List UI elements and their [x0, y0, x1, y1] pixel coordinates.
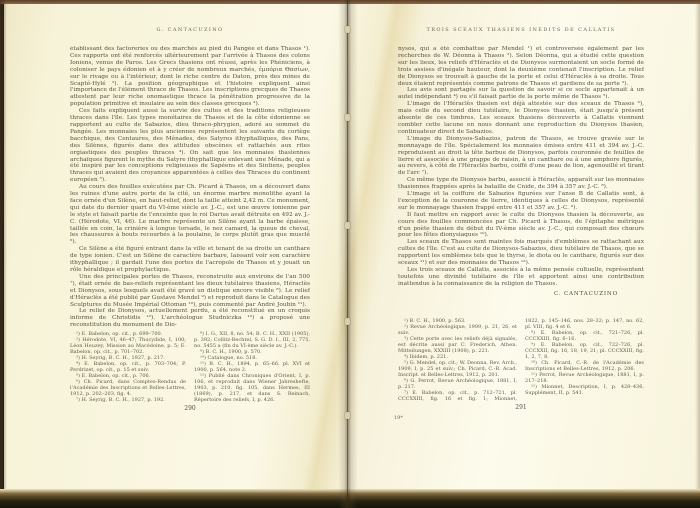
footnote: ⁷) H. Seyrig, B. C. H., 1927, p. 192.	[70, 397, 186, 403]
body-paragraph: Ce Silène a été figuré entrant dans la v…	[70, 246, 310, 274]
footnote: ⁶) Ch. Picard, dans Comptes-Rendus de l'…	[70, 379, 186, 397]
footnote: ¹²) Mionnet, Description, I, p. 428–436,…	[525, 384, 644, 396]
footnote: ⁸) I. G., XII, 8, no. 54; B. C. H., XXII…	[194, 331, 310, 349]
author-signature: C. CANTACUZINO	[398, 291, 644, 298]
running-head-title: TROIS SCEAUX THASIENS INÉDITS DE CALLATI…	[398, 27, 644, 33]
table-surface	[0, 493, 700, 508]
footnote: ⁷) E. Babelon, op. cit., p. 712–721, pl.…	[398, 390, 517, 402]
book-cover-left-edge	[0, 0, 7, 508]
footnote: ¹¹) Perrot, Revue Archéologique, 1881, I…	[525, 372, 644, 384]
footnote: ²) Revue Archéologique, 1909, p. 21, 26,…	[398, 324, 517, 336]
footnote: ⁹) E. Babelon, op. cit., 722–726, pl. CC…	[525, 342, 644, 360]
gathering-signature-mark: 19*	[394, 415, 403, 421]
footnote: ³) Cette porte avec les reliefs déjà sig…	[398, 336, 517, 354]
left-page-footnotes: ¹) E. Babelon, op. cit., p. 699–700. ²) …	[70, 331, 310, 403]
footnote-column: ¹) E. Babelon, op. cit., p. 699–700. ²) …	[70, 331, 186, 403]
body-paragraph: L'image et la coiffure de Sabazios figur…	[398, 191, 644, 212]
left-page-body: établissant des factoreries ou des march…	[70, 46, 310, 329]
body-paragraph: Les avis sont partagés sur la question d…	[398, 87, 644, 101]
body-paragraph: établissant des factoreries ou des march…	[70, 46, 310, 108]
footnote: 1822, p. 145–146, nos. 28–32; p. 147, no…	[525, 318, 644, 330]
body-paragraph: nysos, qui a été combattue par Mendel ¹)…	[398, 46, 644, 87]
body-paragraph: Le relief de Dionysos, actuellement perd…	[70, 308, 310, 329]
right-page-footnotes: ¹) B. C. H., 1900, p. 563. ²) Revue Arch…	[398, 318, 644, 402]
footnote-column: ⁸) I. G., XII, 8, no. 54; B. C. H., XXII…	[194, 331, 310, 403]
footnote: ¹¹) B. C. H., 1894, p. 65–66, pl. XVI et…	[194, 361, 310, 373]
footnote: ⁸) E. Babelon, op. cit., 721–726, pl. CC…	[525, 330, 644, 342]
footnote-column: ¹) B. C. H., 1900, p. 563. ²) Revue Arch…	[398, 318, 517, 402]
body-paragraph: Ce même type de Dionysos barbu, associé …	[398, 177, 644, 191]
body-paragraph: Il faut mettre en rapport avec le culte …	[398, 212, 644, 240]
book-cover-right-edge	[695, 0, 700, 508]
body-paragraph: L'image de l'Héraclès thasien est déjà a…	[398, 101, 644, 136]
body-paragraph: Une des principales portes de Thasos, re…	[70, 274, 310, 309]
body-paragraph: Les sceaux de Thasos sont maintes fois m…	[398, 239, 644, 267]
book-cover-top-edge	[0, 0, 700, 4]
footnote-column: 1822, p. 145–146, nos. 28–32; p. 147, no…	[525, 318, 644, 402]
body-paragraph: Au cours des fouilles exécutées par Ch. …	[70, 184, 310, 246]
footnote: ⁵) G. Mendel, op. cit.; W. Deonna, Rev. …	[398, 360, 517, 378]
body-paragraph: Ces faits expliquent aussi la survie des…	[70, 108, 310, 184]
body-paragraph: L'image du Dionysos-Sabazios, patron de …	[398, 136, 644, 177]
running-head-author: G. CANTACUZINO	[70, 27, 310, 33]
right-page-body: nysos, qui a été combattue par Mendel ¹)…	[398, 46, 644, 312]
page-number-left: 290	[70, 405, 310, 412]
footnote: ⁴) E. Babelon, op. cit., p. 703–704; P. …	[70, 361, 186, 373]
body-paragraph: Les trois sceaux de Callatis, associés à…	[398, 267, 644, 288]
footnote: ²) Hérodote, VI, 46–47; Thucydide, I, 10…	[70, 337, 186, 355]
footnote: ⁶) G. Perrot, Revue Archéologique, 1881,…	[398, 378, 517, 390]
page-number-right: 291	[398, 404, 644, 411]
footnote: ¹²) Publié dans Chroniques d'Orient, I, …	[194, 373, 310, 403]
footnote: ¹⁰) Ch. Picard, C.-R. de l'Académie des …	[525, 360, 644, 372]
book-spread-photo: G. CANTACUZINO établissant des factoreri…	[0, 0, 700, 508]
